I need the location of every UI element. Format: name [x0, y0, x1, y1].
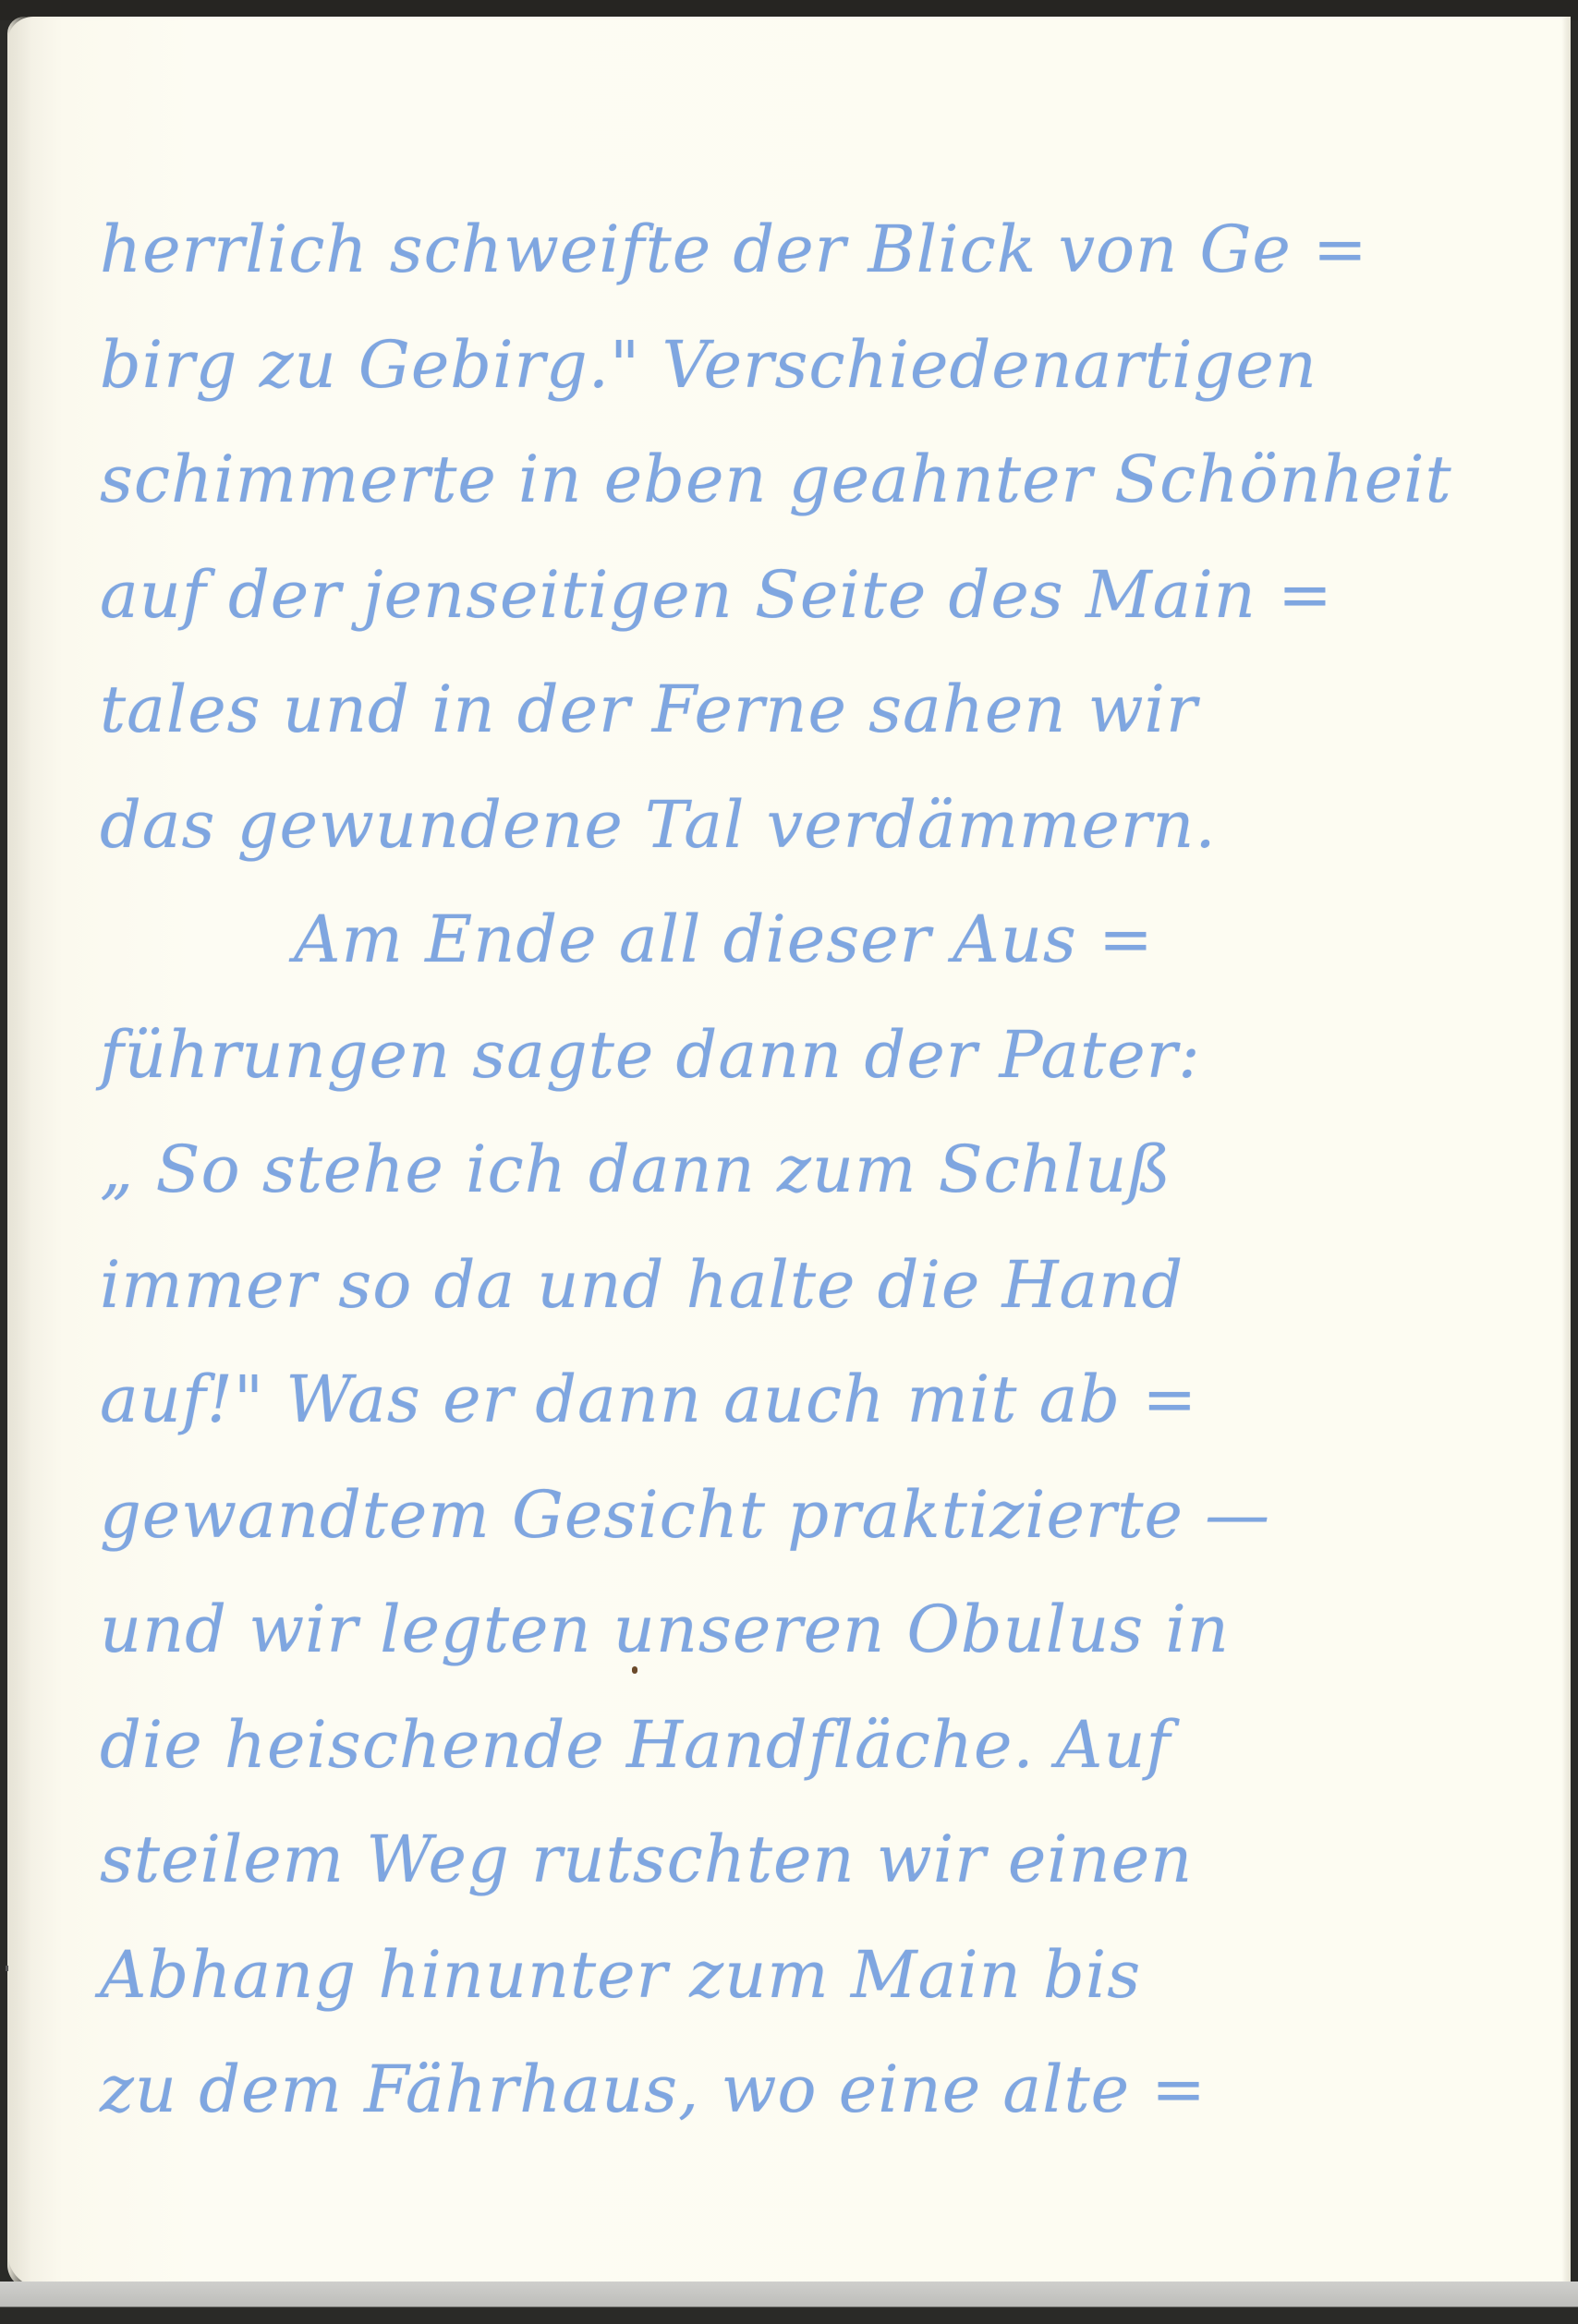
- text-line-17: zu dem Fährhaus, wo eine alte =: [100, 2032, 1523, 2148]
- text-line-15: steilem Weg rutschten wir einen: [100, 1802, 1523, 1918]
- text-line-16: Abhang hinunter zum Main bis: [100, 1918, 1523, 2033]
- ink-speck: [632, 1666, 637, 1674]
- text-line-8: führungen sagte dann der Pater:: [100, 998, 1523, 1113]
- notebook-page: herrlich schweifte der Blick von Ge = bi…: [7, 17, 1571, 2289]
- text-line-14: die heischende Handfläche. Auf: [100, 1688, 1523, 1803]
- text-line-10: immer so da und halte die Hand: [100, 1228, 1523, 1343]
- text-line-5: tales und in der Ferne sahen wir: [100, 652, 1523, 768]
- handwritten-text-block: herrlich schweifte der Blick von Ge = bi…: [100, 192, 1523, 2148]
- text-line-1: herrlich schweifte der Blick von Ge =: [100, 192, 1523, 308]
- text-line-4: auf der jenseitigen Seite des Main =: [100, 538, 1523, 653]
- text-line-6: das gewundene Tal verdämmern.: [100, 768, 1523, 883]
- text-line-7-paragraph-start: Am Ende all dieser Aus =: [100, 882, 1523, 998]
- page-spine-edge: [7, 17, 31, 2289]
- scan-edge-mark: [6, 1966, 8, 1971]
- text-line-13: und wir legten unseren Obulus in: [100, 1572, 1523, 1688]
- text-line-3: schimmerte in eben geahnter Schönheit: [100, 422, 1523, 538]
- page-right-edge: [1561, 17, 1571, 2289]
- text-line-12: gewandtem Gesicht praktizierte —: [100, 1458, 1523, 1573]
- text-line-11: auf!" Was er dann auch mit ab =: [100, 1342, 1523, 1458]
- scan-bottom-border: [0, 2282, 1578, 2324]
- text-line-2: birg zu Gebirg." Verschiedenartigen: [100, 308, 1523, 423]
- text-line-9: „ So stehe ich dann zum Schluß: [100, 1112, 1523, 1228]
